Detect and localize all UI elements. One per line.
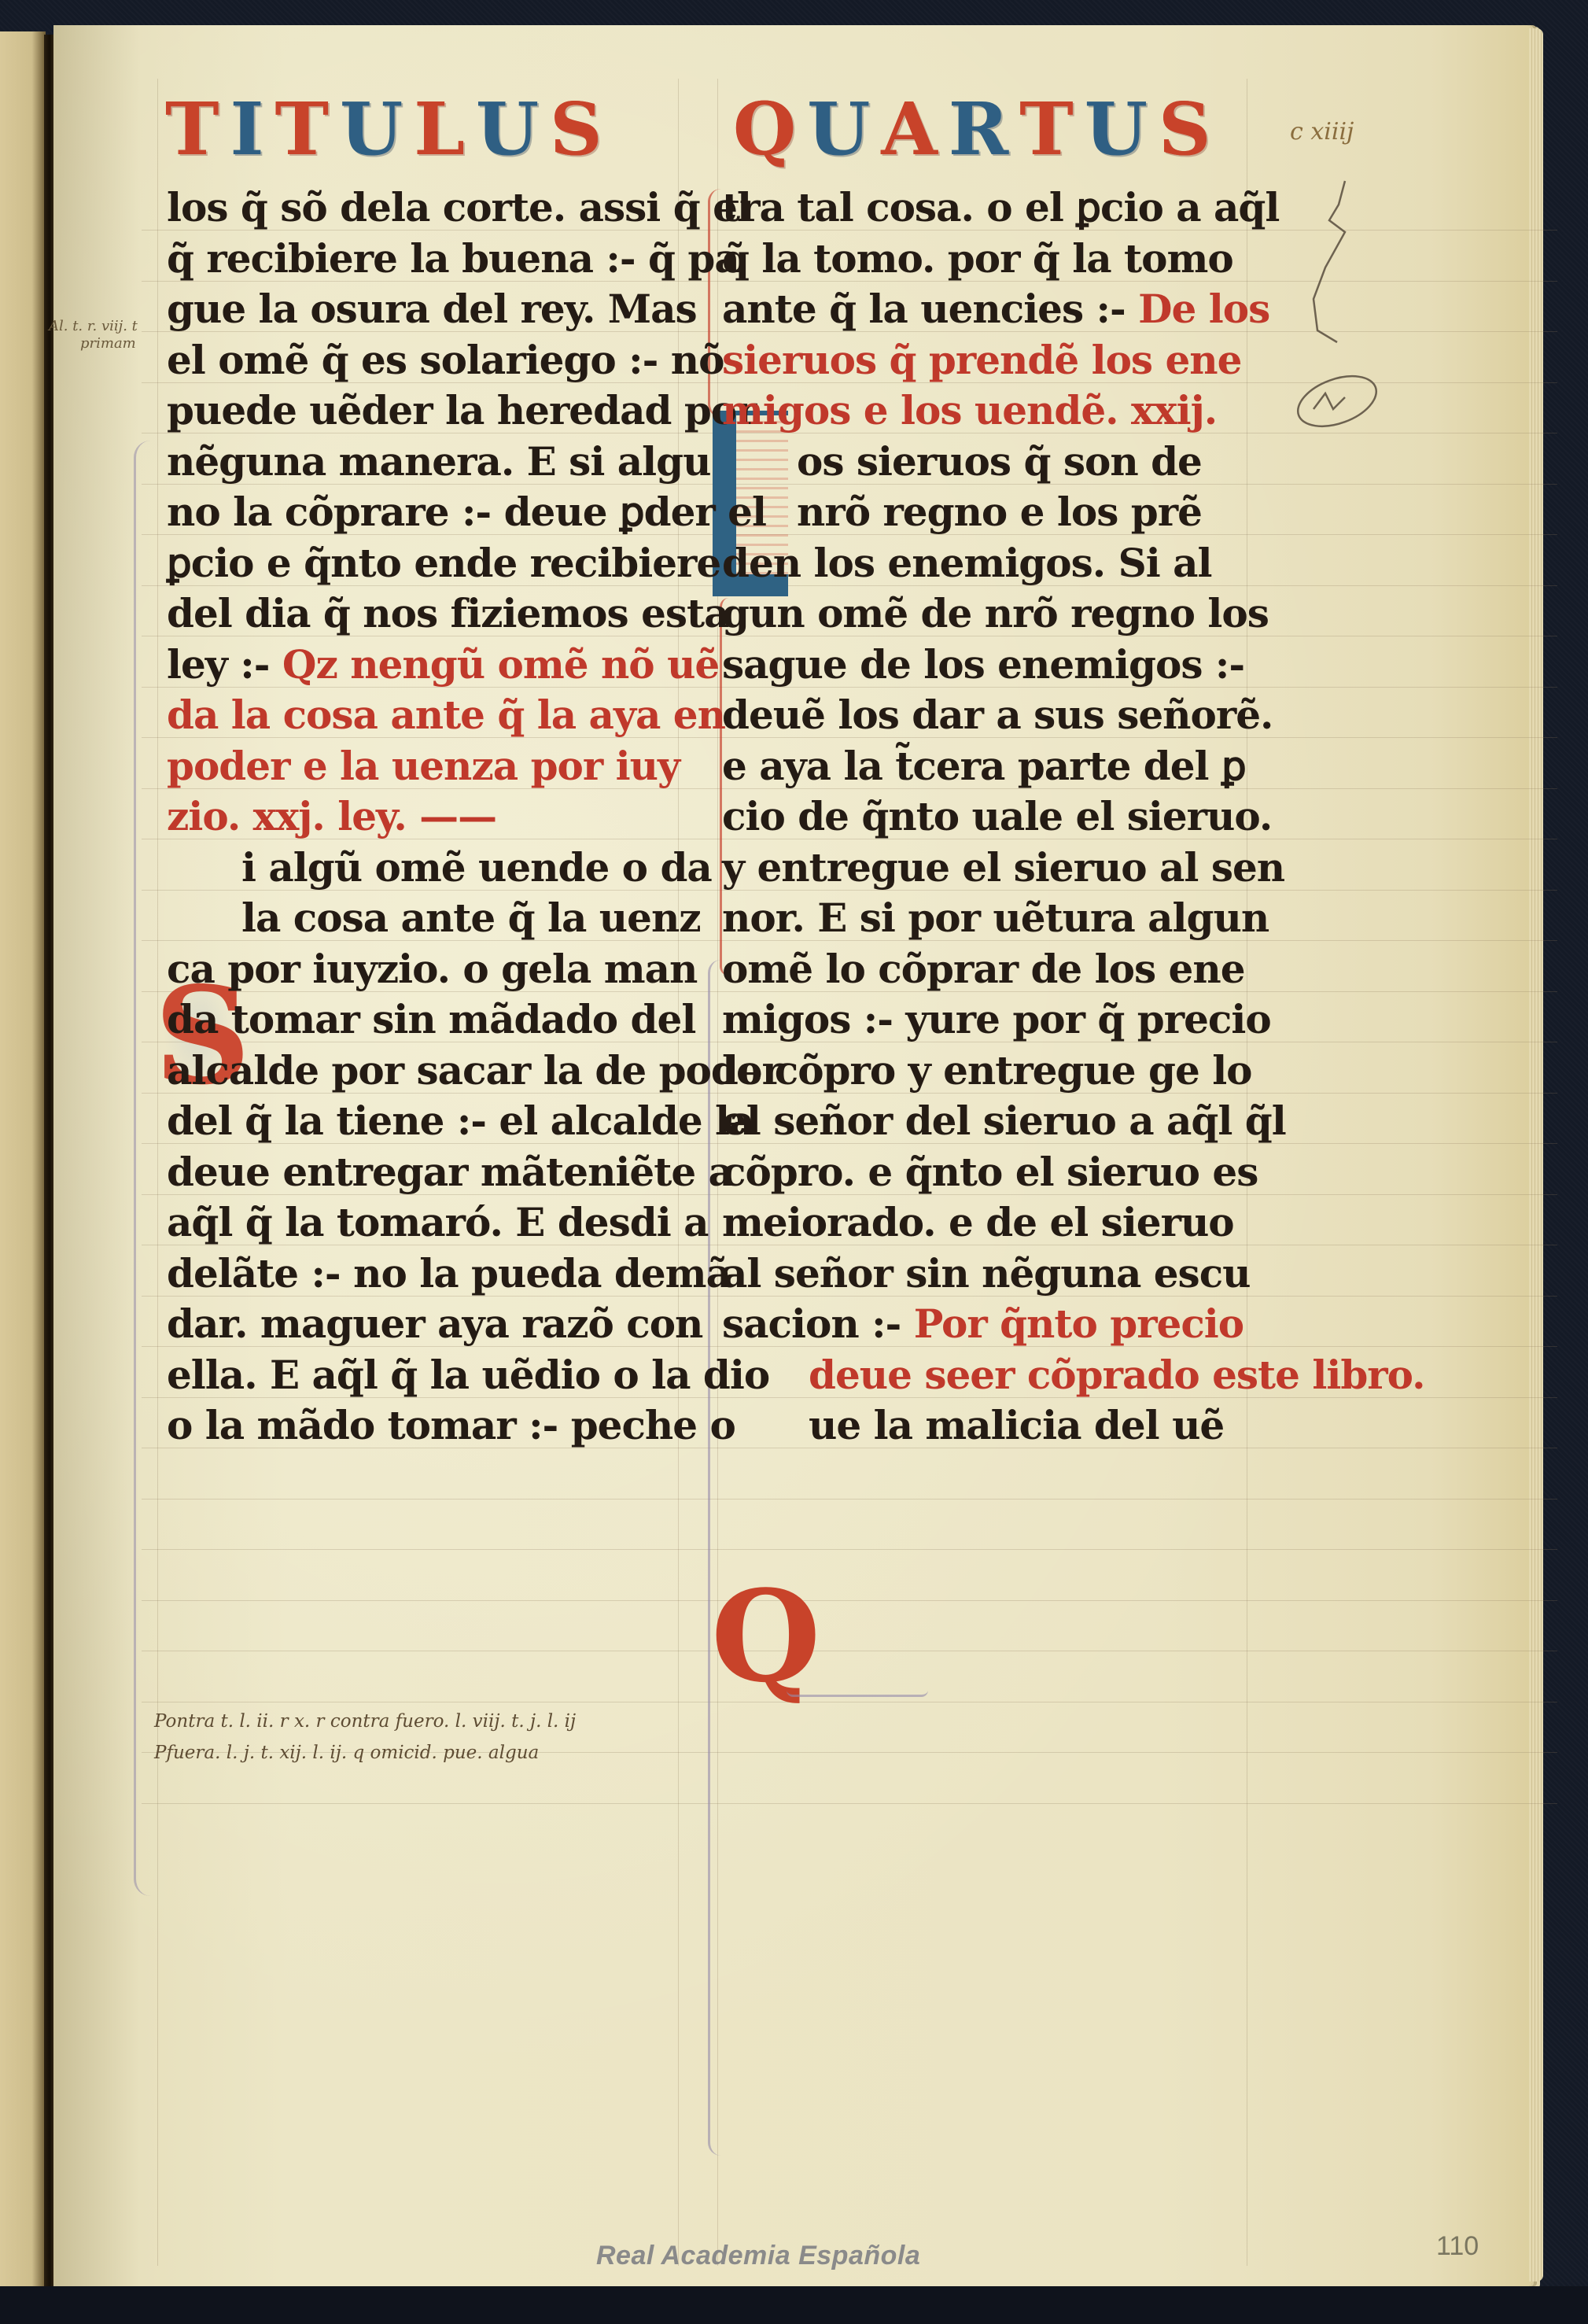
line-text: migos e los uendẽ. xxij. xyxy=(722,387,1217,433)
line-text: cio de q̃nto uale el sieruo. xyxy=(722,793,1272,839)
line-text: e aya la t̃cera parte del ꝑ xyxy=(722,743,1246,789)
line-text: meiorado. e de el sieruo xyxy=(722,1199,1234,1245)
manuscript-line: meiorado. e de el sieruo xyxy=(722,1197,1241,1249)
manuscript-line: ley :- Qz nengũ omẽ nõ uẽ xyxy=(167,640,670,691)
page-stack-edge xyxy=(1529,28,1543,2282)
line-text: omẽ lo cõprar de los ene xyxy=(722,946,1245,992)
title-letter: A xyxy=(881,93,948,165)
manuscript-line: y entregue el sieruo al sen xyxy=(722,843,1241,894)
line-text: ley :- xyxy=(167,641,269,688)
marginal-chapter-number: c xiiij xyxy=(1290,118,1354,146)
line-text: el omẽ q̃ es solariego :- nõ xyxy=(167,337,724,383)
ruling-line xyxy=(142,1651,1557,1651)
manuscript-line: nrõ regno e los prẽ xyxy=(722,487,1241,538)
rubric-text: Qz nengũ omẽ nõ uẽ xyxy=(269,641,719,688)
manuscript-line: ca por iuyzio. o gela man xyxy=(167,944,670,995)
line-text: migos :- yure por q̃ precio xyxy=(722,996,1271,1042)
line-text: q̃ recibiere la buena :- q̃ pa xyxy=(167,235,739,282)
line-text: gue la osura del rey. Mas xyxy=(167,286,697,332)
manuscript-line: el señor del sieruo a aq̃l q̃l xyxy=(722,1096,1241,1147)
marginal-pen-scribble-icon xyxy=(1290,173,1384,441)
manuscript-line: deuẽ los dar a sus señorẽ. xyxy=(722,690,1241,741)
line-text: la cosa ante q̃ la uenz xyxy=(241,895,701,941)
manuscript-line: del dia q̃ nos fiziemos esta xyxy=(167,588,670,640)
manuscript-line: gue la osura del rey. Mas xyxy=(167,284,670,335)
line-text: sague de los enemigos :- xyxy=(722,641,1244,688)
manuscript-line: la cosa ante q̃ la uenz xyxy=(167,893,670,944)
line-text: ꝑcio e q̃nto ende recibiere xyxy=(167,540,720,586)
line-text: alcalde por sacar la de poder xyxy=(167,1047,782,1094)
title-letter: U xyxy=(1085,93,1159,165)
manuscript-line: al señor sin nẽguna escu xyxy=(722,1249,1241,1300)
manuscript-line: e aya la t̃cera parte del ꝑ xyxy=(722,741,1241,792)
line-text: i algũ omẽ uende o da xyxy=(241,844,712,891)
marginal-note-left: Al. t. r. viij. t primam xyxy=(49,318,167,352)
running-title-right-text: QUARTUS xyxy=(733,93,1221,165)
manuscript-line: ella. E aq̃l q̃ la uẽdio o la dio xyxy=(167,1350,670,1401)
line-text: deuẽ los dar a sus señorẽ. xyxy=(722,692,1273,738)
line-text: da la cosa ante q̃ la aya en xyxy=(167,692,725,738)
line-text: deue seer cõprado este libro. xyxy=(809,1352,1425,1398)
manuscript-line: nor. E si por uẽtura algun xyxy=(722,893,1241,944)
line-text: del q̃ la tiene :- el alcalde la xyxy=(167,1097,753,1144)
title-letter: S xyxy=(1159,93,1221,165)
manuscript-line: q̃ recibiere la buena :- q̃ pa xyxy=(167,234,670,285)
manuscript-line: cio de q̃nto uale el sieruo. xyxy=(722,791,1241,843)
manuscript-line: da tomar sin mãdado del xyxy=(167,994,670,1046)
manuscript-line: da la cosa ante q̃ la aya en xyxy=(167,690,670,741)
manuscript-line: ante q̃ la uencies :- De los xyxy=(722,284,1241,335)
manuscript-line: el omẽ q̃ es solariego :- nõ xyxy=(167,335,670,386)
manuscript-line: ꝑcio e q̃nto ende recibiere xyxy=(167,538,670,589)
line-text: gun omẽ de nrõ regno los xyxy=(722,590,1269,636)
manuscript-line: os sieruos q̃ son de xyxy=(722,437,1241,488)
manuscript-line: del q̃ la tiene :- el alcalde la xyxy=(167,1096,670,1147)
manuscript-line: cõpro. e q̃nto el sieruo es xyxy=(722,1147,1241,1198)
pen-flourish-q-tail xyxy=(787,1684,928,1697)
ruling-line xyxy=(142,1803,1557,1804)
title-letter: S xyxy=(550,93,613,165)
manuscript-line: delãte :- no la pueda demã xyxy=(167,1249,670,1300)
marginal-note-left-line1: Al. t. r. viij. t xyxy=(49,318,167,335)
title-letter: U xyxy=(807,93,881,165)
line-text: lo cõpro y entregue ge lo xyxy=(722,1047,1252,1094)
line-text: tra tal cosa. o el ꝑcio a aq̃l xyxy=(722,184,1279,231)
line-text: al señor sin nẽguna escu xyxy=(722,1250,1251,1297)
manuscript-line: aq̃l q̃ la tomaró. E desdi a xyxy=(167,1197,670,1249)
line-text: ca por iuyzio. o gela man xyxy=(167,946,697,992)
marginal-note-left-line2: primam xyxy=(49,335,167,352)
manuscript-line: tra tal cosa. o el ꝑcio a aq̃l xyxy=(722,183,1241,234)
line-text: sacion :- xyxy=(722,1300,901,1347)
facing-page-edge xyxy=(0,31,46,2297)
manuscript-line: nẽguna manera. E si algu xyxy=(167,437,670,488)
marginal-note-bottom-line1: Pontra t. l. ii. r x. r contra fuero. l.… xyxy=(154,1706,576,1737)
line-text: deue entregar mãteniẽte a xyxy=(167,1149,733,1195)
title-letter: U xyxy=(340,93,414,165)
line-text: delãte :- no la pueda demã xyxy=(167,1250,731,1297)
title-letter: L xyxy=(414,93,476,165)
line-text: q̃ la tomo. por q̃ la tomo xyxy=(722,235,1233,282)
manuscript-line: den los enemigos. Si al xyxy=(722,538,1241,589)
line-text: zio. xxj. ley. —— xyxy=(167,793,496,839)
rubric-text: Por q̃nto precio xyxy=(901,1300,1244,1347)
manuscript-line: los q̃ sõ dela corte. assi q̃ el xyxy=(167,183,670,234)
line-text: nrõ regno e los prẽ xyxy=(797,489,1202,535)
ruling-line xyxy=(142,1499,1557,1500)
line-text: ella. E aq̃l q̃ la uẽdio o la dio xyxy=(167,1352,769,1398)
ruling-line xyxy=(142,1600,1557,1601)
title-letter: R xyxy=(949,93,1019,165)
line-text: poder e la uenza por iuy xyxy=(167,743,680,789)
manuscript-line: deue seer cõprado este libro. xyxy=(722,1350,1241,1401)
line-text: dar. maguer aya razõ con xyxy=(167,1300,702,1347)
manuscript-line: migos :- yure por q̃ precio xyxy=(722,994,1241,1046)
manuscript-line: sieruos q̃ prendẽ los ene xyxy=(722,335,1241,386)
marginal-note-bottom-line2: Pfuera. l. j. t. xij. l. ij. q omicid. p… xyxy=(154,1737,576,1769)
manuscript-line: o la mãdo tomar :- peche o xyxy=(167,1400,670,1452)
manuscript-line: no la cõprare :- deue ꝑder el xyxy=(167,487,670,538)
line-text: o la mãdo tomar :- peche o xyxy=(167,1402,735,1448)
manuscript-line: i algũ omẽ uende o da xyxy=(167,843,670,894)
running-title-left-text: TITULUS xyxy=(165,93,613,165)
manuscript-line: poder e la uenza por iuy xyxy=(167,741,670,792)
manuscript-line: dar. maguer aya razõ con xyxy=(167,1299,670,1350)
manuscript-line: omẽ lo cõprar de los ene xyxy=(722,944,1241,995)
line-text: nẽguna manera. E si algu xyxy=(167,438,710,485)
institution-watermark: Real Academia Española xyxy=(596,2241,920,2271)
line-text: no la cõprare :- deue ꝑder el xyxy=(167,489,766,535)
title-letter: I xyxy=(230,93,274,165)
title-letter: U xyxy=(476,93,550,165)
line-text: den los enemigos. Si al xyxy=(722,540,1211,586)
line-text: nor. E si por uẽtura algun xyxy=(722,895,1269,941)
title-letter: T xyxy=(275,93,340,165)
title-letter: T xyxy=(1019,93,1084,165)
manuscript-line: sacion :- Por q̃nto precio xyxy=(722,1299,1241,1350)
line-text: puede uẽder la heredad por xyxy=(167,387,757,433)
ruling-line xyxy=(142,1702,1557,1702)
manuscript-line: gun omẽ de nrõ regno los xyxy=(722,588,1241,640)
text-column-right: tra tal cosa. o el ꝑcio a aq̃lq̃ la tomo… xyxy=(722,183,1241,1452)
line-text: y entregue el sieruo al sen xyxy=(722,844,1284,891)
running-title-left: TITULUS xyxy=(165,93,613,165)
rubric-text: De los xyxy=(1126,286,1269,332)
title-letter: Q xyxy=(733,93,807,165)
manuscript-line: zio. xxj. ley. —— xyxy=(167,791,670,843)
binding-bottom-band xyxy=(0,2286,1588,2324)
line-text: ante q̃ la uencies :- xyxy=(722,286,1126,332)
marginal-note-bottom: Pontra t. l. ii. r x. r contra fuero. l.… xyxy=(154,1706,576,1769)
manuscript-line: migos e los uendẽ. xxij. xyxy=(722,385,1241,437)
line-text: del dia q̃ nos fiziemos esta xyxy=(167,590,729,636)
line-text: aq̃l q̃ la tomaró. E desdi a xyxy=(167,1199,709,1245)
line-text: cõpro. e q̃nto el sieruo es xyxy=(722,1149,1258,1195)
line-text: los q̃ sõ dela corte. assi q̃ el xyxy=(167,184,751,231)
title-letter: T xyxy=(165,93,230,165)
manuscript-line: deue entregar mãteniẽte a xyxy=(167,1147,670,1198)
manuscript-line: lo cõpro y entregue ge lo xyxy=(722,1046,1241,1097)
ruling-line xyxy=(142,1549,1557,1550)
manuscript-line: ue la malicia del uẽ xyxy=(722,1400,1241,1452)
pen-flourish-left-margin xyxy=(134,441,168,1896)
line-text: ue la malicia del uẽ xyxy=(809,1402,1224,1448)
running-title-right: QUARTUS xyxy=(733,93,1221,165)
line-text: da tomar sin mãdado del xyxy=(167,996,695,1042)
text-column-left: los q̃ sõ dela corte. assi q̃ elq̃ recib… xyxy=(167,183,670,1452)
line-text: os sieruos q̃ son de xyxy=(797,438,1202,485)
manuscript-line: puede uẽder la heredad por xyxy=(167,385,670,437)
manuscript-line: sague de los enemigos :- xyxy=(722,640,1241,691)
manuscript-line: q̃ la tomo. por q̃ la tomo xyxy=(722,234,1241,285)
line-text: sieruos q̃ prendẽ los ene xyxy=(722,337,1241,383)
manuscript-line: alcalde por sacar la de poder xyxy=(167,1046,670,1097)
folio-number: 110 xyxy=(1436,2231,1479,2262)
line-text: el señor del sieruo a aq̃l q̃l xyxy=(722,1097,1286,1144)
